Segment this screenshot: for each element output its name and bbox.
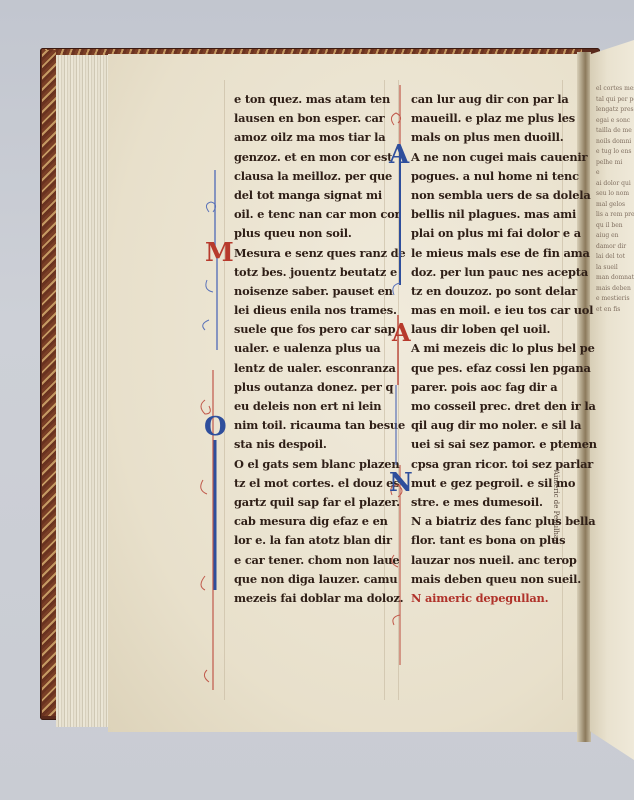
text-line: bellis nil plagues. mas ami: [411, 205, 597, 224]
facing-text-line: mais deben: [596, 284, 634, 295]
facing-text-line: noils domni: [596, 137, 634, 148]
facing-text-line: la sueil: [596, 263, 634, 274]
facing-text-line: tal qui per ponn: [596, 95, 634, 106]
text-line: que non diga lauzer. camu: [234, 570, 405, 589]
text-line: stre. e mes dumesoil.: [411, 493, 597, 512]
text-line: cpsa gran ricor. toi sez parlar: [411, 455, 597, 474]
facing-text-line: egai e sonc: [596, 116, 634, 127]
facing-text-line: seu lo nom: [596, 189, 634, 200]
text-line: plus outanza donez. per q: [234, 378, 405, 397]
facing-text-line: mal gelos: [596, 200, 634, 211]
text-line: tz en douzoz. po sont delar: [411, 282, 597, 301]
text-line: totz bes. jouentz beutatz e: [234, 263, 405, 282]
text-line: lentz de ualer. esconranza: [234, 359, 405, 378]
text-line: Mesura e senz ques ranz de: [234, 244, 405, 263]
facing-text-line: lis a rem pre: [596, 210, 634, 221]
text-line: tz el mot cortes. el douz es: [234, 474, 405, 493]
text-line: e car tener. chom non laue: [234, 551, 405, 570]
text-line: flor. tant es bona on plus: [411, 531, 597, 550]
text-line: del tot manga signat mi: [234, 186, 405, 205]
text-line: mals on plus men duoill.: [411, 128, 597, 147]
facing-text-line: tailla de me: [596, 126, 634, 137]
facing-text-line: lengatz pres: [596, 105, 634, 116]
text-line: N aimeric depegullan.: [411, 589, 597, 608]
text-line: pogues. a nul home ni tenc: [411, 167, 597, 186]
initial-n-blue: N: [389, 468, 413, 498]
text-line: plus queu non soil.: [234, 224, 405, 243]
text-line: ualer. e ualenza plus ua: [234, 339, 405, 358]
text-line: maueill. e plaz me plus les: [411, 109, 597, 128]
text-line: clausa la meilloz. per que: [234, 167, 405, 186]
text-line: plai on plus mi fai dolor e a: [411, 224, 597, 243]
text-line: nim toil. ricauma tan besue: [234, 416, 405, 435]
text-line: non sembla uers de sa dolela: [411, 186, 597, 205]
text-line: genzoz. et en mon cor est: [234, 148, 405, 167]
text-line: amoz oilz ma mos tiar la: [234, 128, 405, 147]
facing-text-line: damor dir: [596, 242, 634, 253]
facing-page-text: el cortes mestal qui per ponnlengatz pre…: [596, 84, 634, 315]
initial-a-red: A: [392, 318, 411, 347]
gilt-tooling-spine-edge: [42, 50, 56, 716]
text-line: parer. pois aoc fag dir a: [411, 378, 597, 397]
initial-m-red: M: [205, 238, 234, 268]
text-line: uei si sai sez pamor. e ptemen: [411, 435, 597, 454]
text-line: laus dir loben qel uoil.: [411, 320, 597, 339]
text-line: oil. e tenc nan car mon cor: [234, 205, 405, 224]
initial-o-blue: O: [204, 412, 227, 442]
text-line: gartz quil sap far el plazer.: [234, 493, 405, 512]
text-line: A mi mezeis dic lo plus bel pe: [411, 339, 597, 358]
text-line: suele que fos pero car sap: [234, 320, 405, 339]
facing-text-line: ai dolor qui: [596, 179, 634, 190]
right-text-column: can lur aug dir con par lamaueill. e pla…: [411, 90, 597, 608]
text-line: mais deben queu non sueil.: [411, 570, 597, 589]
text-line: lausen en bon esper. car: [234, 109, 405, 128]
text-line: eu deleis non ert ni lein: [234, 397, 405, 416]
text-line: mo cosseil prec. dret den ir la: [411, 397, 597, 416]
text-line: mut e gez pegroil. e sil mo: [411, 474, 597, 493]
facing-text-line: el cortes mes: [596, 84, 634, 95]
text-line: can lur aug dir con par la: [411, 90, 597, 109]
text-line: sta nis despoil.: [234, 435, 405, 454]
facing-text-line: et en fis: [596, 305, 634, 316]
text-line: N a biatriz des fanc plus bella: [411, 512, 597, 531]
initial-a-blue: A: [389, 140, 409, 170]
page-stack-edge: [56, 55, 112, 727]
text-line: lauzar nos nueil. anc terop: [411, 551, 597, 570]
facing-text-line: e tug lo ens: [596, 147, 634, 158]
text-line: mezeis fai doblar ma doloz.: [234, 589, 405, 608]
text-line: noisenze saber. pauset en: [234, 282, 405, 301]
text-line: cab mesura dig efaz e en: [234, 512, 405, 531]
text-line: lei dieus enila nos trames.: [234, 301, 405, 320]
text-line: O el gats sem blanc plazen: [234, 455, 405, 474]
text-line: A ne non cugei mais cauenir: [411, 148, 597, 167]
text-line: que pes. efaz cossi len pgana: [411, 359, 597, 378]
text-line: lor e. la fan atotz blan dir: [234, 531, 405, 550]
facing-text-line: man domnat: [596, 273, 634, 284]
facing-text-line: qu il ben: [596, 221, 634, 232]
facing-text-line: lai del tot: [596, 252, 634, 263]
marginal-note: Aimeric de Pegulhan: [552, 470, 560, 544]
facing-text-line: e: [596, 168, 634, 179]
text-line: le mieus mals ese de fin ama: [411, 244, 597, 263]
text-line: e ton quez. mas atam ten: [234, 90, 405, 109]
facing-text-line: pelhe mi: [596, 158, 634, 169]
text-line: qil aug dir mo noler. e sil la: [411, 416, 597, 435]
left-text-column: e ton quez. mas atam tenlausen en bon es…: [234, 90, 405, 608]
text-line: doz. per lun pauc nes acepta: [411, 263, 597, 282]
penwork-flourish-right: [388, 85, 416, 685]
facing-text-line: e mestieris: [596, 294, 634, 305]
text-line: mas en moil. e ieu tos car uol: [411, 301, 597, 320]
facing-text-line: aiug en: [596, 231, 634, 242]
